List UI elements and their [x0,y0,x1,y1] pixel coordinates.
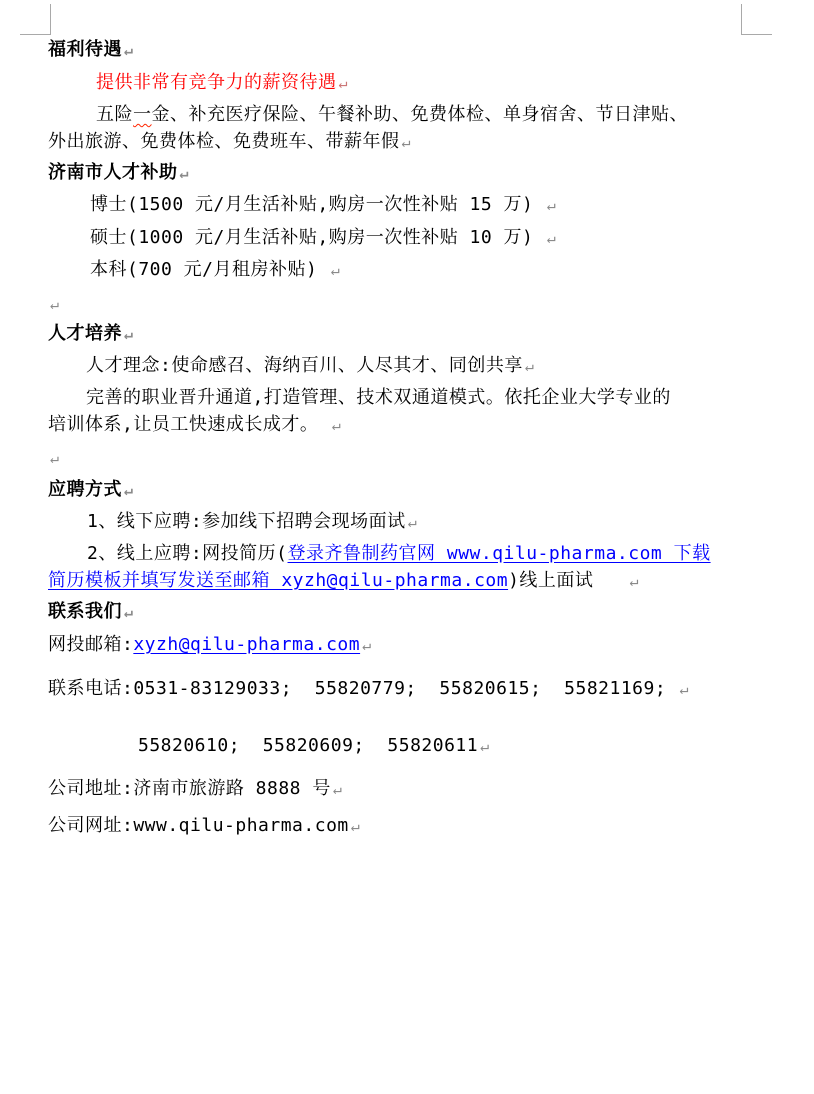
heading-contact-us: 联系我们↵ [48,602,133,622]
paragraph-mark-icon: ↵ [50,295,59,313]
spacer [318,414,329,435]
line-bachelor-subsidy: 本科(700 元/月租房补贴) ↵ [90,260,340,280]
page-corner-mark-top-left [20,4,51,35]
line-career-path-2: 培训体系,让员工快速成长成才。 ↵ [48,415,341,435]
text-segment: 福利待遇 [48,39,122,60]
paragraph-mark-icon: ↵ [333,780,342,798]
paragraph-mark-icon: ↵ [124,603,133,621]
hyperlink[interactable]: 简历模板并填写发送至邮箱 xyzh@qilu-pharma.com [48,570,508,591]
paragraph-mark-icon: ↵ [408,513,417,531]
line-apply-online-2: 简历模板并填写发送至邮箱 xyzh@qilu-pharma.com)线上面试 ↵ [48,571,638,591]
line-talent-philosophy: 人才理念:使命感召、海纳百川、人尽其才、同创共享↵ [86,356,534,376]
paragraph-mark-icon: ↵ [50,449,59,467]
paragraph-mark-icon: ↵ [180,164,189,182]
text-segment: 人才理念:使命感召、海纳百川、人尽其才、同创共享 [86,355,523,376]
spacer [593,570,627,591]
paragraph-mark-icon: ↵ [339,74,348,92]
text-segment: 联系电话:0531-83129033; 55820779; 55820615; … [48,678,678,699]
paragraph-mark-icon: ↵ [525,357,534,375]
line-phone-1: 联系电话:0531-83129033; 55820779; 55820615; … [48,679,689,699]
text-segment: 1、线下应聘:参加线下招聘会现场面试 [87,511,406,532]
paragraph-mark-icon: ↵ [629,572,638,590]
text-segment: 人才培养 [48,323,122,344]
heading-apply-method: 应聘方式↵ [48,480,133,500]
heading-welfare: 福利待遇↵ [48,40,133,60]
line-apply-online-1: 2、线上应聘:网投简历(登录齐鲁制药官网 www.qilu-pharma.com… [87,544,711,564]
spacer [533,227,544,248]
text-segment: 五险 [96,104,133,125]
text-segment: 公司地址:济南市旅游路 8888 号 [48,778,331,799]
paragraph-mark-icon: ↵ [547,229,556,247]
hyperlink[interactable]: 登录齐鲁制药官网 www.qilu-pharma.com 下载 [288,543,711,564]
paragraph-mark-icon: ↵ [480,737,489,755]
line-phd-subsidy: 博士(1500 元/月生活补贴,购房一次性补贴 15 万) ↵ [90,195,556,215]
paragraph-mark-icon: ↵ [362,636,371,654]
hyperlink[interactable]: xyzh@qilu-pharma.com [133,634,360,655]
paragraph-mark-icon: ↵ [124,481,133,499]
heading-jinan-subsidy: 济南市人才补助↵ [48,163,189,183]
empty-paragraph-2: ↵ [48,448,59,468]
line-resume-email: 网投邮箱:xyzh@qilu-pharma.com↵ [48,635,371,655]
document-page: 福利待遇↵提供非常有竞争力的薪资待遇↵五险一金、补充医疗保险、午餐补助、免费体检… [0,0,814,1094]
paragraph-mark-icon: ↵ [124,325,133,343]
text-segment: 硕士(1000 元/月生活补贴,购房一次性补贴 10 万) [90,227,533,248]
text-segment: 提供非常有竞争力的薪资待遇 [96,72,337,93]
text-segment: 2、线上应聘:网投简历( [87,543,288,564]
line-company-address: 公司地址:济南市旅游路 8888 号↵ [48,779,342,799]
line-master-subsidy: 硕士(1000 元/月生活补贴,购房一次性补贴 10 万) ↵ [90,228,556,248]
line-salary-highlight: 提供非常有竞争力的薪资待遇↵ [96,73,348,93]
paragraph-mark-icon: ↵ [331,261,340,279]
heading-talent-development: 人才培养↵ [48,324,133,344]
text-segment: 网投邮箱: [48,634,133,655]
text-segment: 公司网址:www.qilu-pharma.com [48,815,349,836]
empty-paragraph-1: ↵ [48,294,59,314]
text-segment: 完善的职业晋升通道,打造管理、技术双通道模式。依托企业大学专业的 [86,387,671,408]
text-segment: 一 [133,104,152,125]
paragraph-mark-icon: ↵ [124,41,133,59]
paragraph-mark-icon: ↵ [402,133,411,151]
line-career-path-1: 完善的职业晋升通道,打造管理、技术双通道模式。依托企业大学专业的 [86,388,671,408]
text-segment: 济南市人才补助 [48,162,178,183]
spacer [533,194,544,215]
line-apply-offline: 1、线下应聘:参加线下招聘会现场面试↵ [87,512,417,532]
text-segment: 本科(700 元/月租房补贴) [90,259,317,280]
spacer [317,259,328,280]
line-benefits-2: 外出旅游、免费体检、免费班车、带薪年假↵ [48,132,411,152]
text-segment: 金、补充医疗保险、午餐补助、免费体检、单身宿舍、节日津贴、 [152,104,689,125]
text-segment: 应聘方式 [48,479,122,500]
paragraph-mark-icon: ↵ [547,196,556,214]
text-segment: 联系我们 [48,601,122,622]
paragraph-mark-icon: ↵ [680,680,689,698]
text-segment: )线上面试 [508,570,593,591]
paragraph-mark-icon: ↵ [351,817,360,835]
line-benefits-1: 五险一金、补充医疗保险、午餐补助、免费体检、单身宿舍、节日津贴、 [96,105,688,125]
page-corner-mark-top-right [741,4,772,35]
text-segment: 外出旅游、免费体检、免费班车、带薪年假 [48,131,400,152]
text-segment: 博士(1500 元/月生活补贴,购房一次性补贴 15 万) [90,194,533,215]
text-segment: 55820610; 55820609; 55820611 [138,735,478,756]
paragraph-mark-icon: ↵ [332,416,341,434]
line-phone-2: 55820610; 55820609; 55820611↵ [138,736,489,756]
text-segment: 培训体系,让员工快速成长成才。 [48,414,318,435]
line-company-website: 公司网址:www.qilu-pharma.com↵ [48,816,360,836]
